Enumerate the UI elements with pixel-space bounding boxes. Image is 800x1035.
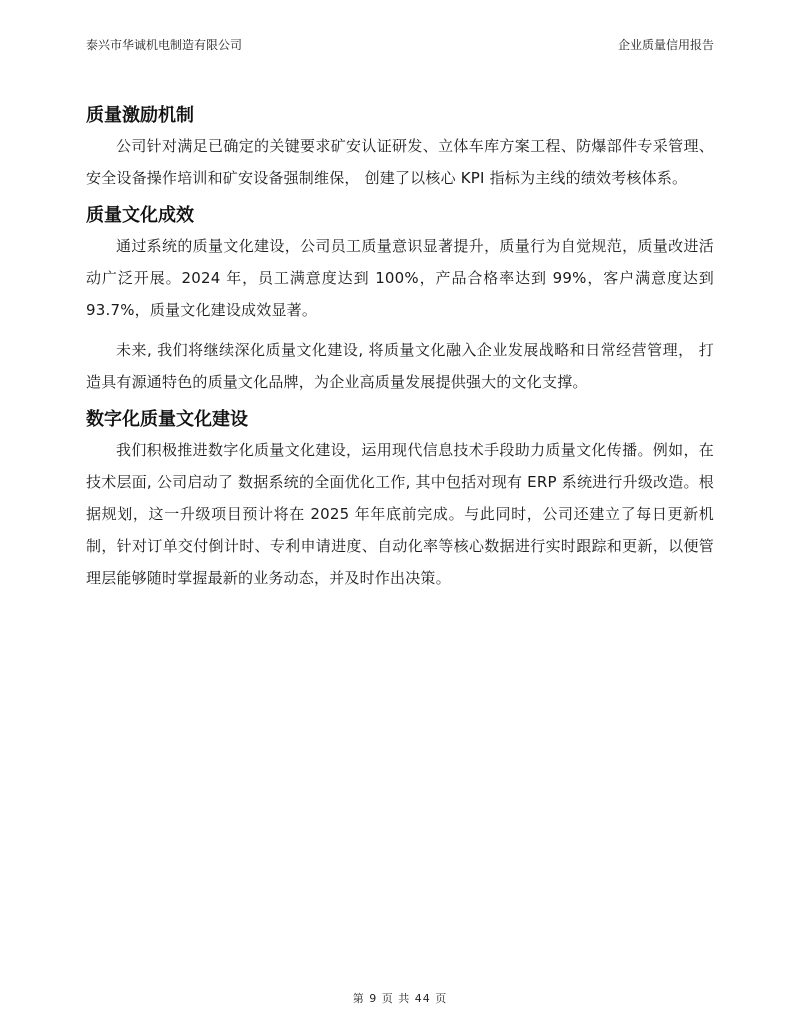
document-body: 质量激励机制 公司针对满足已确定的关键要求矿安认证研发、立体车库方案工程、防爆部… bbox=[86, 100, 714, 602]
section-quality-incentive: 质量激励机制 公司针对满足已确定的关键要求矿安认证研发、立体车库方案工程、防爆部… bbox=[86, 102, 714, 194]
company-name: 泰兴市华诚机电制造有限公司 bbox=[86, 36, 242, 53]
section-quality-culture-results: 质量文化成效 通过系统的质量文化建设，公司员工质量意识显著提升，质量行为自觉规范… bbox=[86, 202, 714, 398]
section-digital-quality-culture: 数字化质量文化建设 我们积极推进数字化质量文化建设，运用现代信息技术手段助力质量… bbox=[86, 406, 714, 594]
page-header: 泰兴市华诚机电制造有限公司 企业质量信用报告 bbox=[86, 36, 714, 53]
paragraph: 公司针对满足已确定的关键要求矿安认证研发、立体车库方案工程、防爆部件专采管理、安… bbox=[86, 130, 714, 194]
paragraph: 通过系统的质量文化建设，公司员工质量意识显著提升，质量行为自觉规范，质量改进活动… bbox=[86, 230, 714, 326]
section-title: 数字化质量文化建设 bbox=[86, 406, 714, 434]
paragraph: 未来, 我们将继续深化质量文化建设, 将质量文化融入企业发展战略和日常经营管理，… bbox=[86, 334, 714, 398]
page-number: 第 9 页 共 44 页 bbox=[0, 990, 800, 1006]
paragraph: 我们积极推进数字化质量文化建设，运用现代信息技术手段助力质量文化传播。例如，在技… bbox=[86, 434, 714, 594]
report-title: 企业质量信用报告 bbox=[618, 36, 714, 53]
section-title: 质量激励机制 bbox=[86, 102, 714, 130]
section-title: 质量文化成效 bbox=[86, 202, 714, 230]
